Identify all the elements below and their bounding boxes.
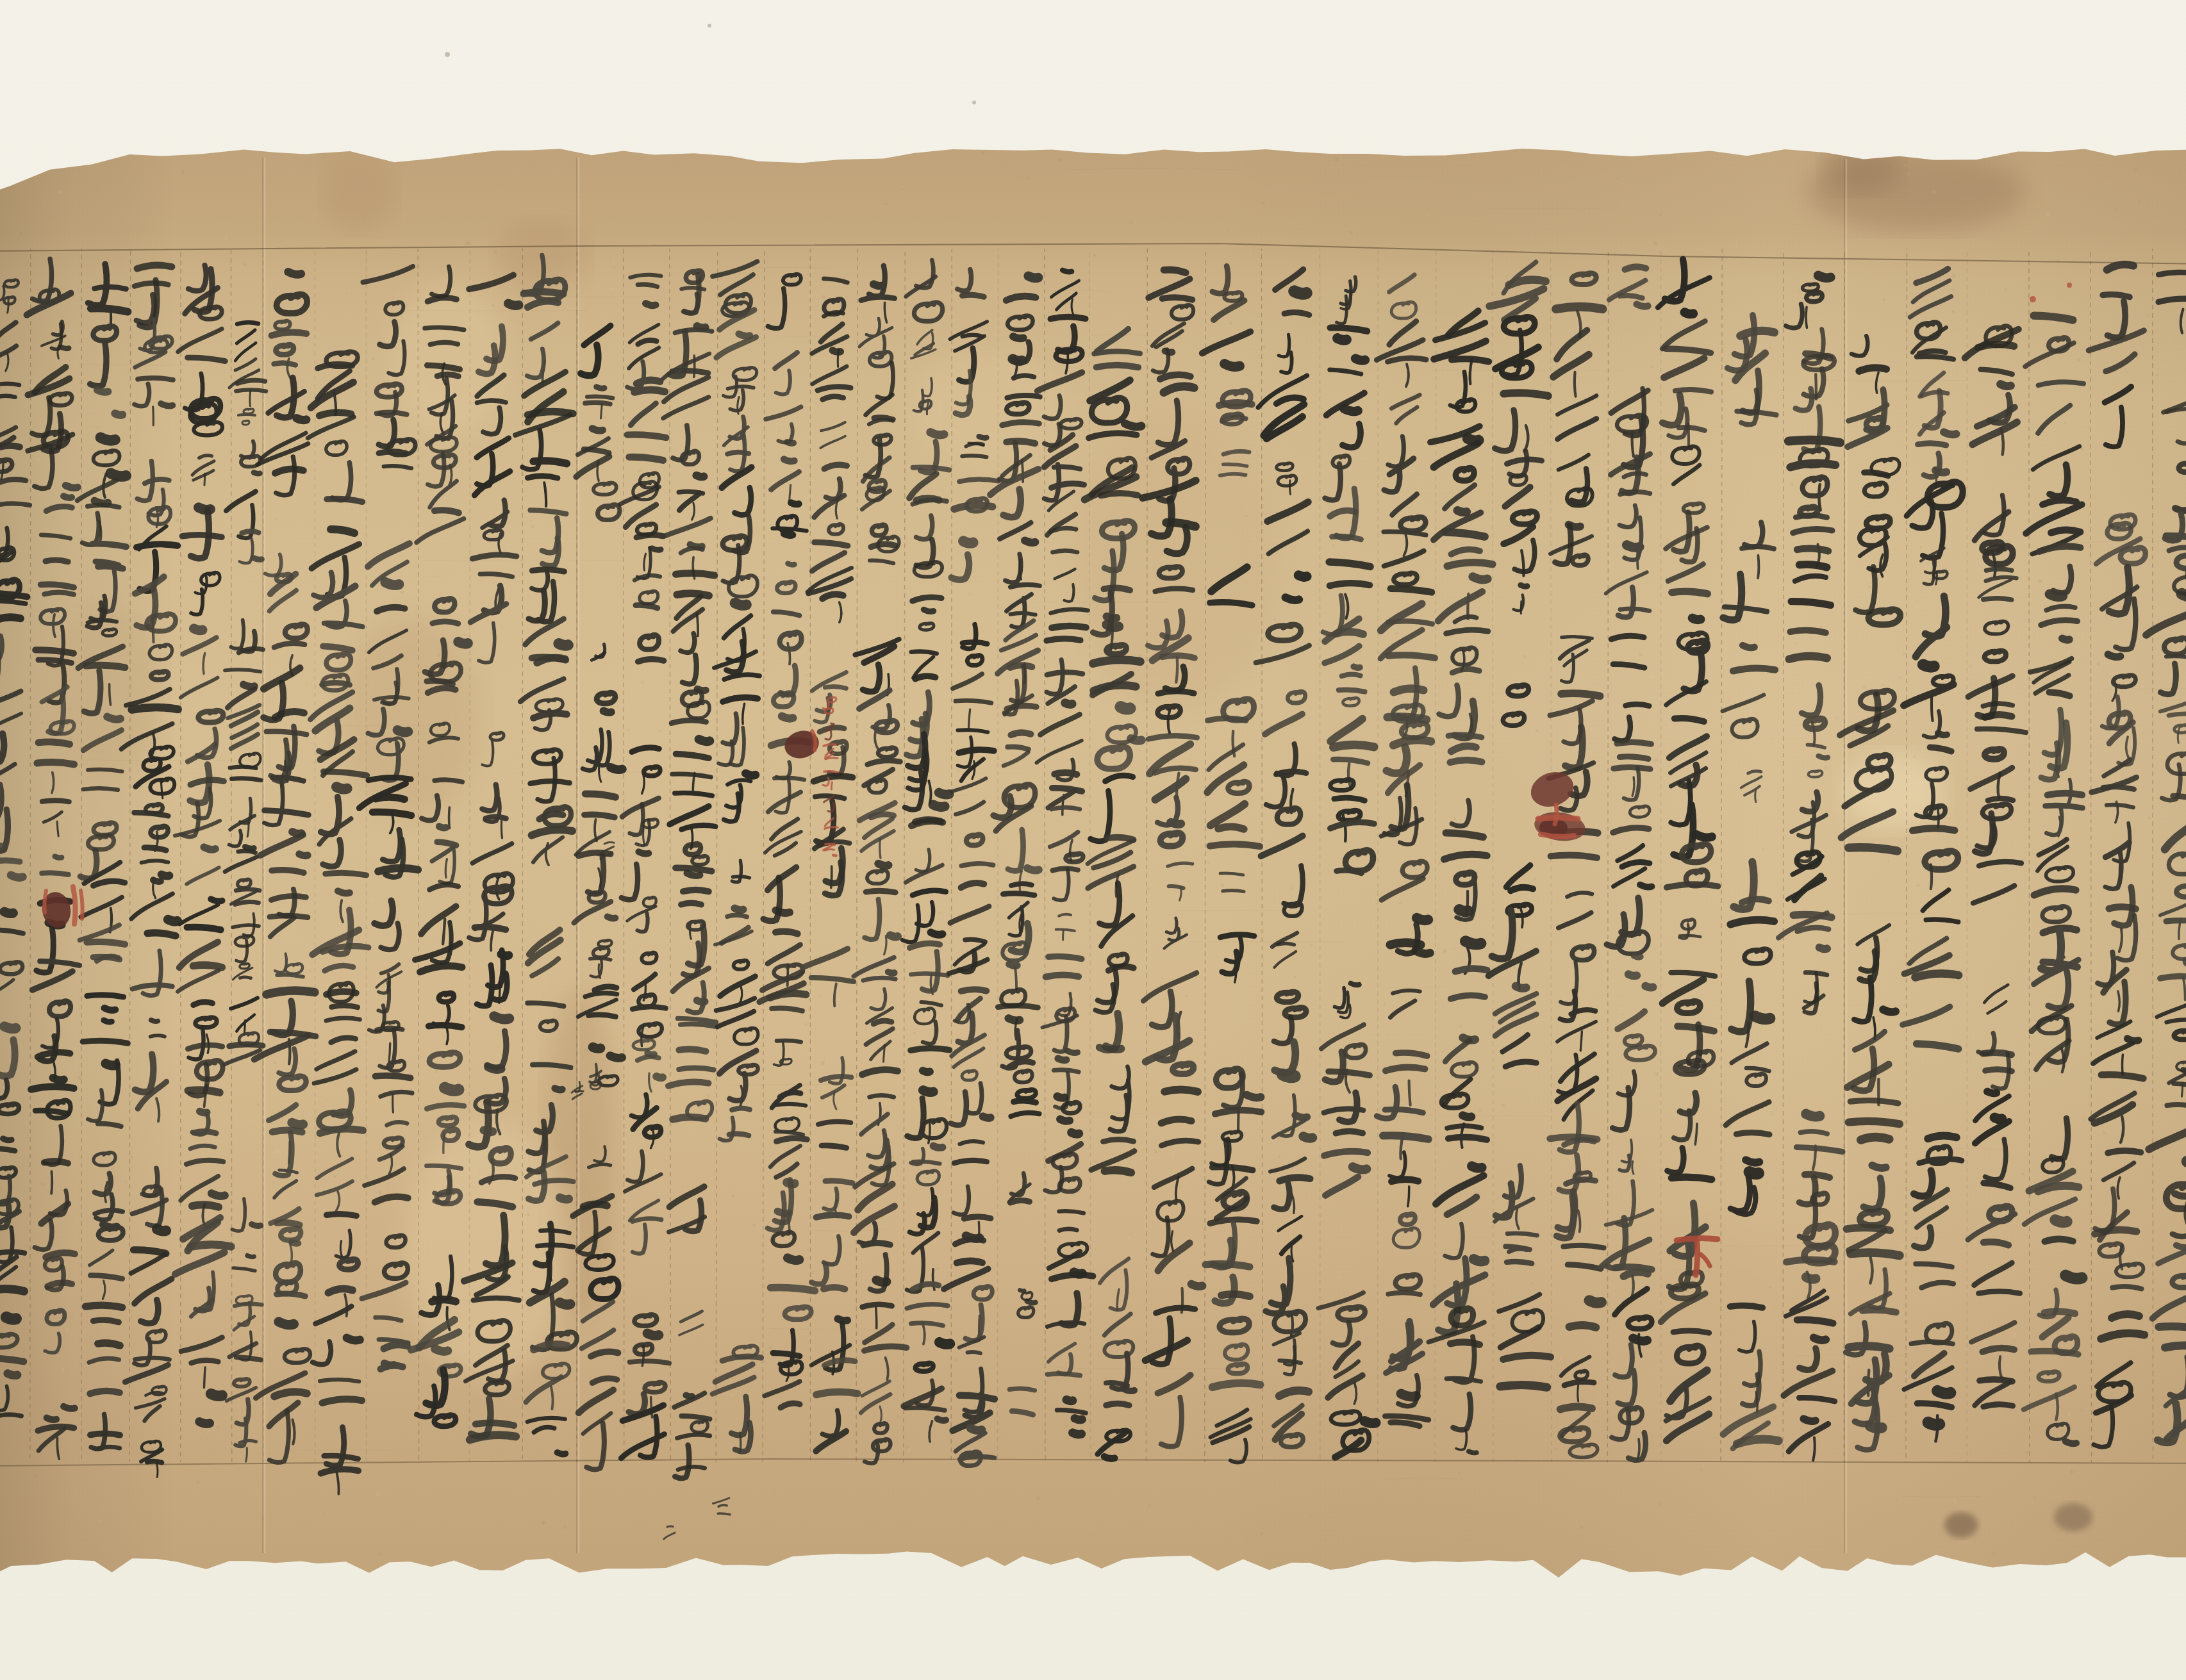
scroll-canvas	[0, 0, 2186, 1680]
manuscript-photograph	[0, 0, 2186, 1680]
